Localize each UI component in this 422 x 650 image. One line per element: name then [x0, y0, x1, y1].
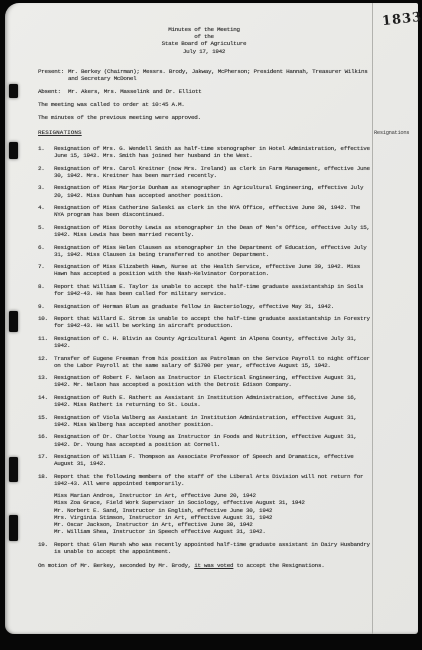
item-number: 9.	[38, 303, 54, 310]
resignation-item: 19.Report that Glen Marsh who was recent…	[38, 541, 370, 555]
resignation-list: 1.Resignation of Mrs. G. Wendell Smith a…	[38, 145, 370, 555]
binder-mark	[9, 84, 18, 98]
item-text: Report that Glen Marsh who was recently …	[54, 541, 370, 555]
resignation-item: 5.Resignation of Miss Dorothy Lewis as s…	[38, 224, 370, 238]
item-text: Resignation of William F. Thompson as As…	[54, 453, 353, 467]
resignation-item: 14.Resignation of Ruth E. Rathert as Ass…	[38, 394, 370, 408]
present-label: Present:	[38, 68, 68, 75]
item-number: 8.	[38, 283, 54, 290]
item-text: Resignation of Ruth E. Rathert as Assist…	[54, 394, 357, 408]
resignation-item: 6.Resignation of Miss Helen Clausen as s…	[38, 244, 370, 258]
item-number: 17.	[38, 453, 54, 460]
item-sub-list: Miss Marian Andros, Instructor in Art, e…	[54, 492, 370, 535]
called-to-order-line: The meeting was called to order at 10:45…	[38, 101, 370, 108]
binder-mark	[9, 515, 18, 541]
document-page: 1833 Resignations Minutes of the Meeting…	[5, 3, 418, 634]
resignation-item: 15.Resignation of Viola Walberg as Assis…	[38, 414, 370, 428]
item-text: Resignation of Miss Dorothy Lewis as ste…	[54, 224, 370, 238]
item-number: 3.	[38, 184, 54, 191]
present-row: Present:Mr. Berkey (Chairman); Messrs. B…	[38, 68, 370, 82]
resignation-item: 4.Resignation of Miss Catherine Saleski …	[38, 204, 370, 218]
item-text: Resignation of Mrs. G. Wendell Smith as …	[54, 145, 370, 159]
item-text: Transfer of Eugene Freeman from his posi…	[54, 355, 370, 369]
resignation-item: 18.Report that the following members of …	[38, 473, 370, 536]
item-number: 6.	[38, 244, 54, 251]
resignation-item: 11.Resignation of C. H. Blivin as County…	[38, 335, 370, 349]
item-number: 12.	[38, 355, 54, 362]
item-number: 13.	[38, 374, 54, 381]
item-number: 16.	[38, 433, 54, 440]
resignation-item: 7.Resignation of Miss Elizabeth Hawn, Nu…	[38, 263, 370, 277]
item-text: Resignation of Herman Blum as graduate f…	[54, 303, 334, 310]
item-number: 19.	[38, 541, 54, 548]
item-number: 4.	[38, 204, 54, 211]
binder-mark	[9, 311, 18, 332]
item-text: Report that Willard E. Strom is unable t…	[54, 315, 370, 329]
absent-text: Mr. Akers, Mrs. Masselink and Dr. Elliot…	[68, 88, 201, 95]
item-number: 10.	[38, 315, 54, 322]
resignation-item: 13.Resignation of Robert F. Nelson as In…	[38, 374, 370, 388]
absent-label: Absent:	[38, 88, 68, 95]
item-text: Resignation of Dr. Charlotte Young as In…	[54, 433, 357, 447]
closing-post: to accept the Resignations.	[233, 562, 324, 569]
item-number: 2.	[38, 165, 54, 172]
absent-row: Absent:Mr. Akers, Mrs. Masselink and Dr.…	[38, 88, 370, 95]
page-number-stamp: 1833	[381, 10, 422, 29]
item-text: Resignation of Robert F. Nelson as Instr…	[54, 374, 357, 388]
present-text: Mr. Berkey (Chairman); Messrs. Brody, Ja…	[68, 68, 367, 82]
binder-mark	[9, 457, 18, 482]
resignation-item: 12.Transfer of Eugene Freeman from his p…	[38, 355, 370, 369]
item-text: Resignation of Miss Helen Clausen as ste…	[54, 244, 366, 258]
resignations-heading: RESIGNATIONS	[38, 129, 370, 136]
title-line: of the	[38, 33, 370, 40]
closing-pre: On motion of Mr. Berkey, seconded by Mr.…	[38, 562, 194, 569]
margin-rule-line	[372, 3, 373, 634]
item-number: 18.	[38, 473, 54, 480]
item-text: Resignation of C. H. Blivin as County Ag…	[54, 335, 357, 349]
item-text: Report that William E. Taylor is unable …	[54, 283, 363, 297]
item-text: Resignation of Viola Walberg as Assistan…	[54, 414, 357, 428]
document-title: Minutes of the Meeting of the State Boar…	[38, 26, 370, 55]
item-text: Resignation of Miss Elizabeth Hawn, Nurs…	[54, 263, 360, 277]
resignation-item: 16.Resignation of Dr. Charlotte Young as…	[38, 433, 370, 447]
sub-list-item: Mrs. Virginia Stimson, Instructor in Art…	[54, 514, 370, 521]
item-number: 14.	[38, 394, 54, 401]
resignation-item: 17.Resignation of William F. Thompson as…	[38, 453, 370, 467]
closing-underlined: it was voted	[194, 562, 233, 569]
item-text: Resignation of Miss Catherine Saleski as…	[54, 204, 360, 218]
resignation-item: 9.Resignation of Herman Blum as graduate…	[38, 303, 370, 310]
resignation-item: 2.Resignation of Mrs. Carol Kreitner (no…	[38, 165, 370, 179]
item-number: 5.	[38, 224, 54, 231]
document-body: Minutes of the Meeting of the State Boar…	[38, 26, 370, 569]
item-text: Report that the following members of the…	[54, 473, 363, 487]
title-line: July 17, 1942	[38, 48, 370, 55]
sub-list-item: Mr. Oscar Jackson, Instructor in Art, ef…	[54, 521, 370, 528]
closing-motion: On motion of Mr. Berkey, seconded by Mr.…	[38, 562, 370, 569]
title-line: Minutes of the Meeting	[38, 26, 370, 33]
item-number: 7.	[38, 263, 54, 270]
item-number: 15.	[38, 414, 54, 421]
item-number: 1.	[38, 145, 54, 152]
resignation-item: 3.Resignation of Miss Marjorie Dunham as…	[38, 184, 370, 198]
title-line: State Board of Agriculture	[38, 40, 370, 47]
resignation-item: 1.Resignation of Mrs. G. Wendell Smith a…	[38, 145, 370, 159]
scanned-minutes-page: { "page": { "stamp_number": "1833", "mar…	[0, 0, 422, 650]
item-number: 11.	[38, 335, 54, 342]
sub-list-item: Mr. William Shea, Instructor in Speech e…	[54, 528, 370, 535]
sub-list-item: Miss Zoa Grace, Field Work Supervisor in…	[54, 499, 370, 506]
item-text: Resignation of Mrs. Carol Kreitner (now …	[54, 165, 370, 179]
sub-list-item: Miss Marian Andros, Instructor in Art, e…	[54, 492, 370, 499]
sub-list-item: Mr. Norbert E. Sand, Instructor in Engli…	[54, 507, 370, 514]
binder-mark	[9, 142, 18, 159]
resignation-item: 8.Report that William E. Taylor is unabl…	[38, 283, 370, 297]
item-text: Resignation of Miss Marjorie Dunham as s…	[54, 184, 363, 198]
margin-note: Resignations	[374, 130, 409, 136]
resignation-item: 10.Report that Willard E. Strom is unabl…	[38, 315, 370, 329]
minutes-approved-line: The minutes of the previous meeting were…	[38, 114, 370, 121]
